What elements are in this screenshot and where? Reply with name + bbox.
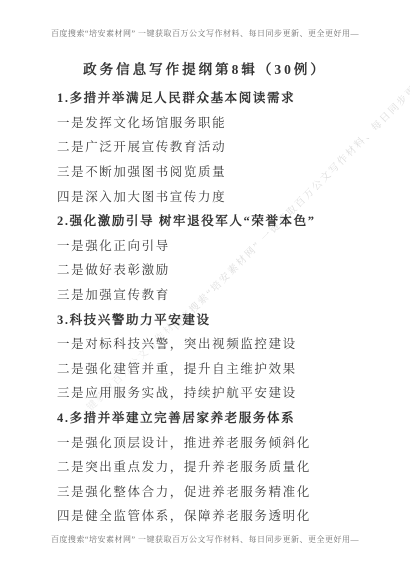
- outline-point: 四是深入加大图书宣传力度: [57, 183, 390, 208]
- document-page: 百度搜索“培安素材网” 一键获取百万公文写作材料、每日同步更新、更全更好用— 政…: [0, 0, 410, 580]
- outline-point: 三是强化整体合力，促进养老服务精准化: [57, 479, 390, 504]
- outline-point: 二是强化建管并重，提升自主维护效果: [57, 356, 390, 381]
- outline-body: 1.多措并举满足人民群众基本阅读需求 一是发挥文化场馆服务职能 二是广泛开展宣传…: [57, 85, 390, 528]
- outline-point: 四是健全监管体系，保障养老服务透明化: [57, 503, 390, 528]
- outline-point: 二是突出重点发力，提升养老服务质量化: [57, 454, 390, 479]
- page-title: 政务信息写作提纲第8辑（30例）: [0, 58, 410, 78]
- outline-point: 一是强化正向引导: [57, 233, 390, 258]
- outline-point: 一是发挥文化场馆服务职能: [57, 110, 390, 135]
- outline-point: 三是应用服务实战，持续护航平安建设: [57, 380, 390, 405]
- section-heading: 4.多措并举建立完善居家养老服务体系: [57, 405, 390, 430]
- outline-point: 二是广泛开展宣传教育活动: [57, 134, 390, 159]
- section-heading: 2.强化激励引导 树牢退役军人“荣誉本色”: [57, 208, 390, 233]
- outline-point: 一是强化顶层设计，推进养老服务倾斜化: [57, 429, 390, 454]
- outline-point: 三是不断加强图书阅览质量: [57, 159, 390, 184]
- footer-watermark: 百度搜索“培安素材网” 一键获取百万公文写作材料、每日同步更新、更全更好用—: [0, 534, 410, 545]
- header-watermark: 百度搜索“培安素材网” 一键获取百万公文写作材料、每日同步更新、更全更好用—: [0, 28, 410, 39]
- outline-point: 三是加强宣传教育: [57, 282, 390, 307]
- section-heading: 3.科技兴警助力平安建设: [57, 306, 390, 331]
- outline-point: 二是做好表彰激励: [57, 257, 390, 282]
- outline-point: 一是对标科技兴警，突出视频监控建设: [57, 331, 390, 356]
- section-heading: 1.多措并举满足人民群众基本阅读需求: [57, 85, 390, 110]
